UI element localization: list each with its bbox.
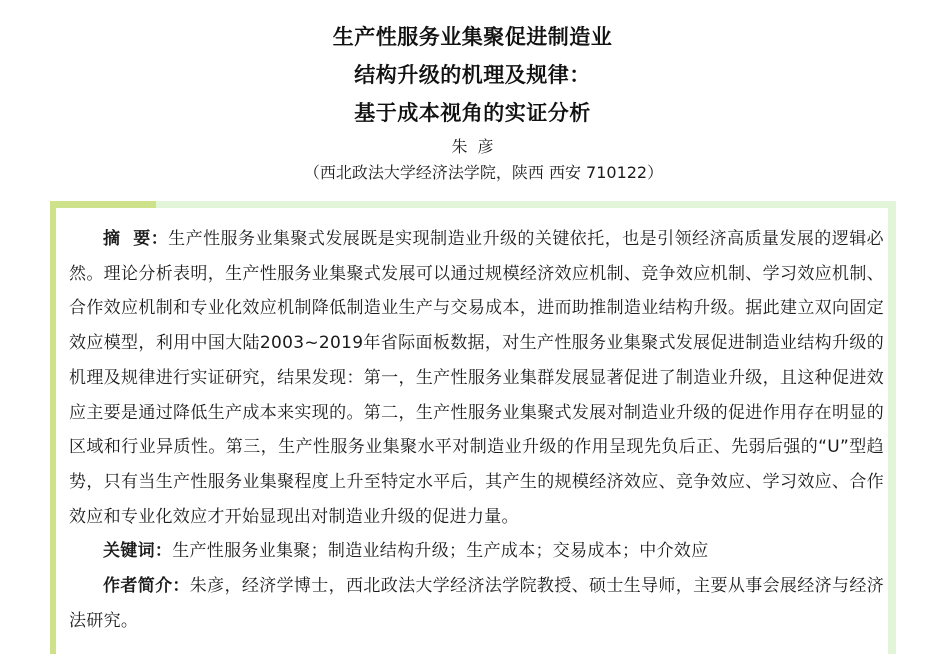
article-title-line-1: 生产性服务业集聚促进制造业 bbox=[0, 18, 945, 56]
article-title-line-2: 结构升级的机理及规律： bbox=[0, 56, 945, 94]
abstract-paragraph: 摘 要：生产性服务业集聚式发展既是实现制造业升级的关键依托，也是引领经济高质量发… bbox=[69, 222, 884, 534]
abstract-body: 摘 要：生产性服务业集聚式发展既是实现制造业升级的关键依托，也是引领经济高质量发… bbox=[69, 222, 884, 638]
article-title-line-3: 基于成本视角的实证分析 bbox=[0, 94, 945, 132]
author-bio-paragraph: 作者简介：朱彦，经济学博士，西北政法大学经济法学院教授、硕士生导师，主要从事会展… bbox=[69, 569, 884, 638]
abstract-label: 摘 要： bbox=[103, 229, 168, 249]
author-bio-label: 作者简介： bbox=[103, 576, 190, 596]
box-accent-bar bbox=[50, 201, 156, 208]
author-bio-text: 朱彦，经济学博士，西北政法大学经济法学院教授、硕士生导师，主要从事会展经济与经济… bbox=[69, 576, 884, 631]
keywords-paragraph: 关键词：生产性服务业集聚；制造业结构升级；生产成本；交易成本；中介效应 bbox=[69, 534, 884, 569]
keywords-text: 生产性服务业集聚；制造业结构升级；生产成本；交易成本；中介效应 bbox=[172, 541, 708, 561]
author-affiliation: （西北政法大学经济法学院，陕西 西安 710122） bbox=[0, 160, 945, 186]
keywords-label: 关键词： bbox=[103, 541, 172, 561]
article-header: 生产性服务业集聚促进制造业 结构升级的机理及规律： 基于成本视角的实证分析 朱彦… bbox=[0, 18, 945, 186]
author-name: 朱彦 bbox=[0, 134, 945, 160]
abstract-box: 摘 要：生产性服务业集聚式发展既是实现制造业升级的关键依托，也是引领经济高质量发… bbox=[50, 201, 896, 654]
abstract-text: 生产性服务业集聚式发展既是实现制造业升级的关键依托，也是引领经济高质量发展的逻辑… bbox=[69, 229, 884, 527]
